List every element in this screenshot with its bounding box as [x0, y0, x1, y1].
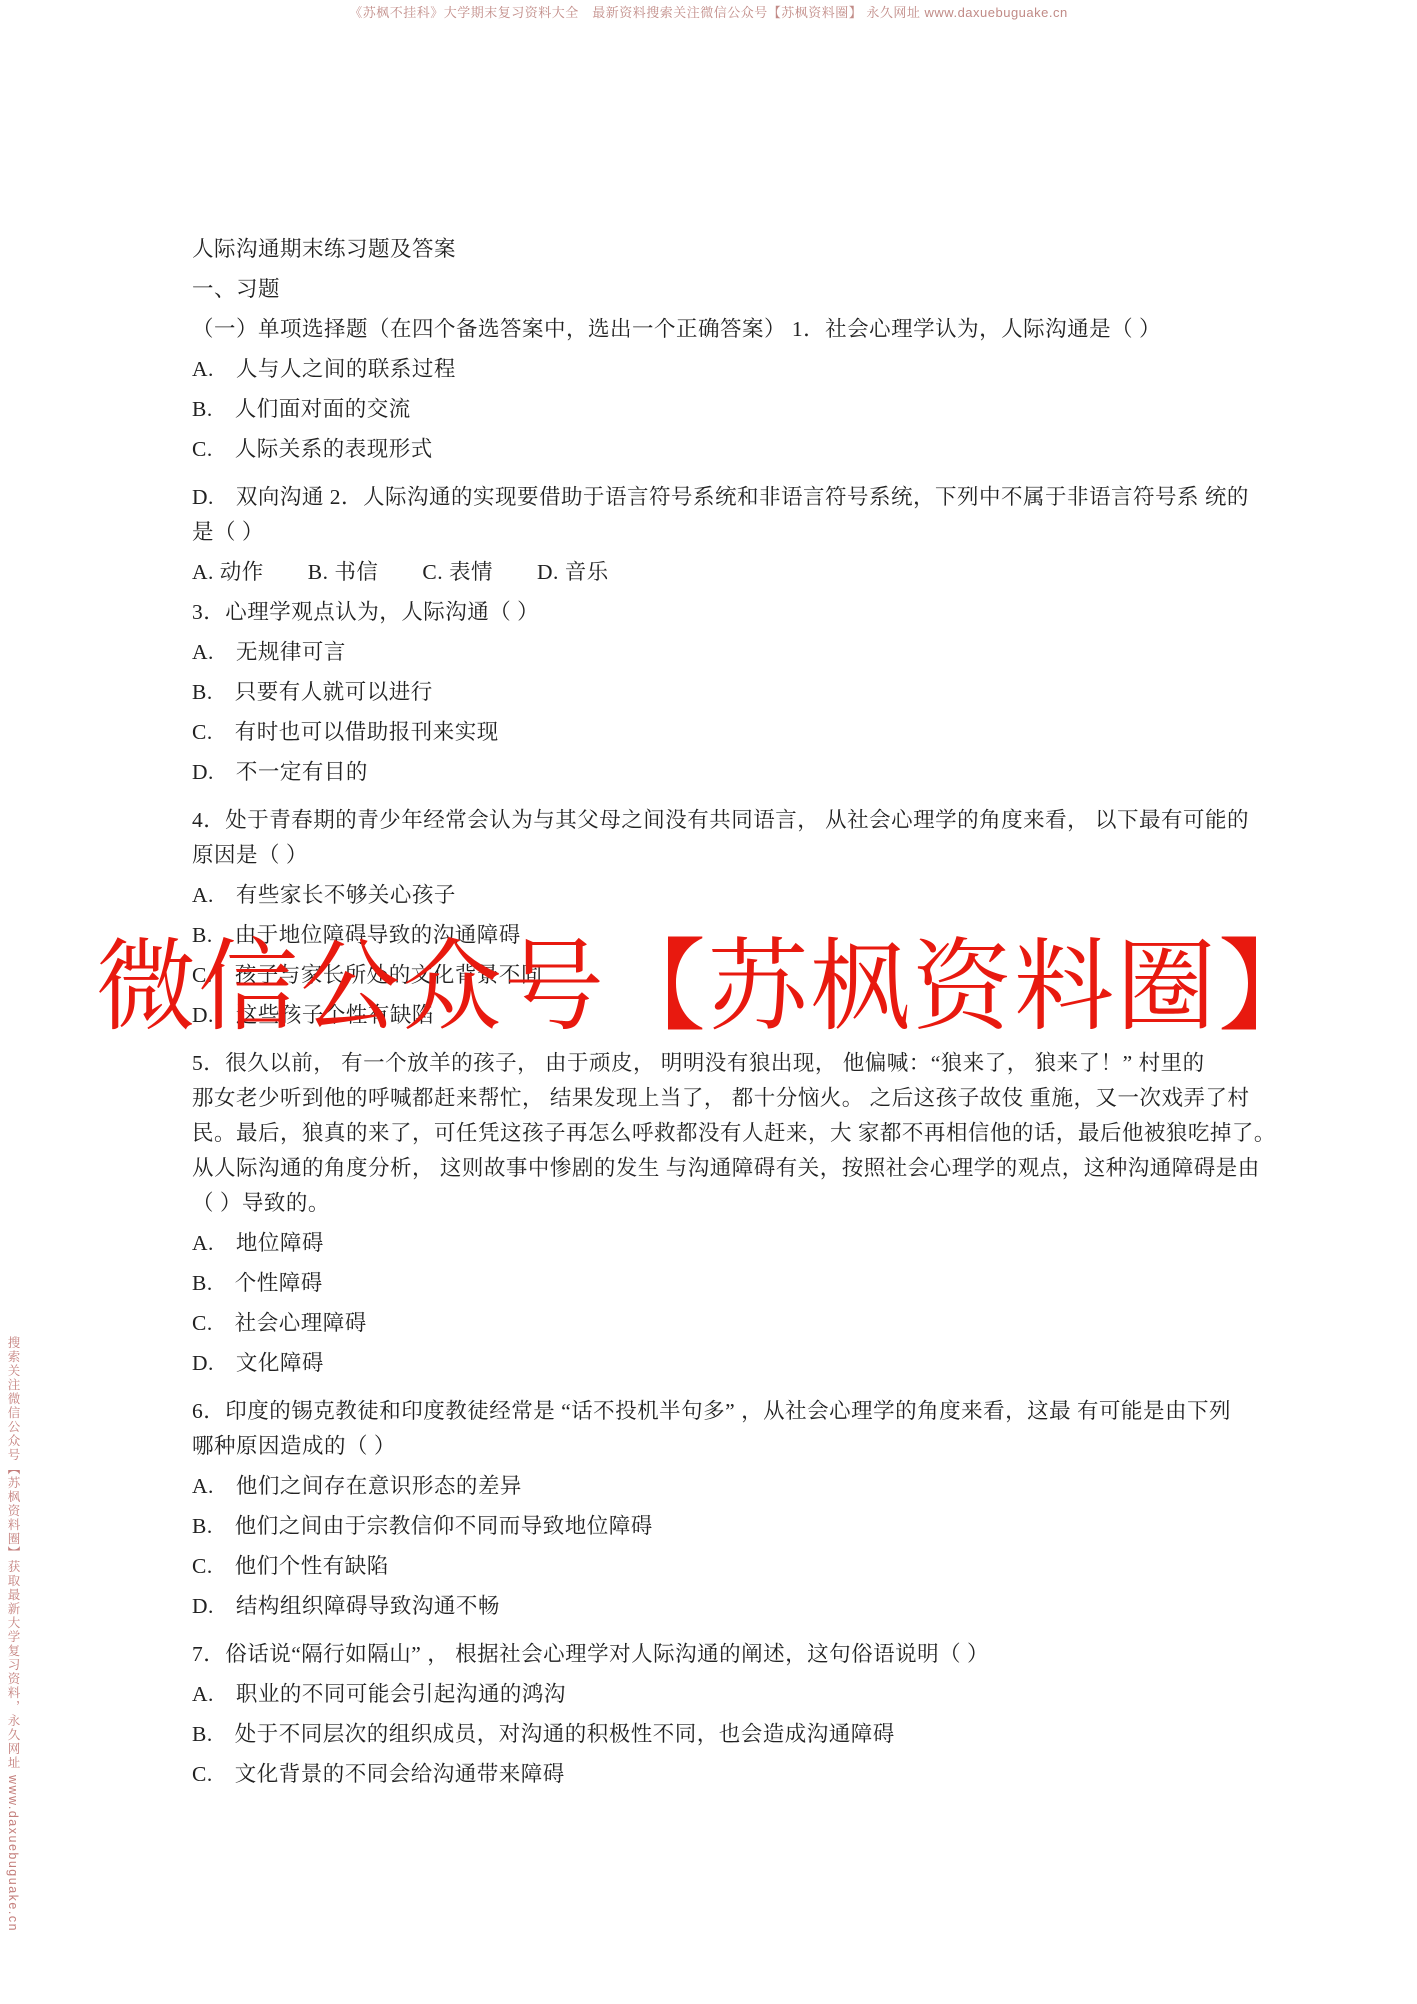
doc-line: 从人际沟通的角度分析， 这则故事中惨剧的发生 与沟通障碍有关，按照社会心理学的观…: [192, 1157, 1282, 1179]
doc-line: 6．印度的锡克教徒和印度教徒经常是 “话不投机半句多” ，从社会心理学的角度来看…: [192, 1400, 1282, 1422]
doc-line: 哪种原因造成的（ ）: [192, 1435, 1282, 1457]
doc-line: D. 双向沟通 2．人际沟通的实现要借助于语言符号系统和非语言符号系统，下列中不…: [192, 486, 1282, 508]
doc-line: C. 社会心理障碍: [192, 1312, 1282, 1334]
doc-line: （ ）导致的。: [192, 1192, 1282, 1214]
doc-title: 人际沟通期末练习题及答案: [192, 238, 1282, 260]
doc-line: B. 处于不同层次的组织成员，对沟通的积极性不同，也会造成沟通障碍: [192, 1723, 1282, 1745]
doc-line: 那女老少听到他的呼喊都赶来帮忙， 结果发现上当了， 都十分恼火。 之后这孩子故伎…: [192, 1087, 1282, 1109]
doc-line: B. 他们之间由于宗教信仰不同而导致地位障碍: [192, 1515, 1282, 1537]
doc-line: 7．俗话说“隔行如隔山” ， 根据社会心理学对人际沟通的阐述，这句俗语说明（ ）: [192, 1643, 1282, 1665]
doc-line: （一）单项选择题（在四个备选答案中，选出一个正确答案） 1．社会心理学认为，人际…: [192, 318, 1282, 340]
doc-line: 民。最后，狼真的来了，可任凭这孩子再怎么呼救都没有人赶来，大 家都不再相信他的话…: [192, 1122, 1282, 1144]
doc-line: A. 职业的不同可能会引起沟通的鸿沟: [192, 1683, 1282, 1705]
doc-line: A. 有些家长不够关心孩子: [192, 884, 1282, 906]
doc-line: B. 个性障碍: [192, 1272, 1282, 1294]
doc-line: 原因是（ ）: [192, 844, 1282, 866]
doc-line: 3．心理学观点认为，人际沟通（ ）: [192, 601, 1282, 623]
doc-line: D. 文化障碍: [192, 1352, 1282, 1374]
doc-line: 4．处于青春期的青少年经常会认为与其父母之间没有共同语言， 从社会心理学的角度来…: [192, 809, 1282, 831]
top-promo-banner: 《苏枫不挂科》大学期末复习资料大全 最新资料搜索关注微信公众号【苏枫资料圈】 永…: [0, 5, 1417, 21]
doc-line: A. 地位障碍: [192, 1232, 1282, 1254]
doc-line: D. 不一定有目的: [192, 761, 1282, 783]
doc-line: A. 无规律可言: [192, 641, 1282, 663]
doc-line: A. 动作 B. 书信 C. 表情 D. 音乐: [192, 561, 1282, 583]
left-vertical-promo-banner: 搜索关注微信公众号【苏枫资料圈】获取最新大学复习资料，永久网址 www.daxu…: [6, 1336, 20, 1932]
doc-line: B. 人们面对面的交流: [192, 398, 1282, 420]
doc-line: A. 人与人之间的联系过程: [192, 358, 1282, 380]
doc-line: A. 他们之间存在意识形态的差异: [192, 1475, 1282, 1497]
doc-line: B. 只要有人就可以进行: [192, 681, 1282, 703]
doc-line: D. 结构组织障碍导致沟通不畅: [192, 1595, 1282, 1617]
red-watermark: 微信公众号【苏枫资料圈】: [96, 938, 1320, 1038]
doc-line: C. 人际关系的表现形式: [192, 438, 1282, 460]
doc-line: 一、习题: [192, 278, 1282, 300]
doc-line: C. 文化背景的不同会给沟通带来障碍: [192, 1763, 1282, 1785]
doc-line: C. 有时也可以借助报刊来实现: [192, 721, 1282, 743]
doc-line: 5．很久以前， 有一个放羊的孩子， 由于顽皮， 明明没有狼出现， 他偏喊：“狼来…: [192, 1052, 1282, 1074]
doc-line: 是（ ）: [192, 521, 1282, 543]
doc-line: C. 他们个性有缺陷: [192, 1555, 1282, 1577]
